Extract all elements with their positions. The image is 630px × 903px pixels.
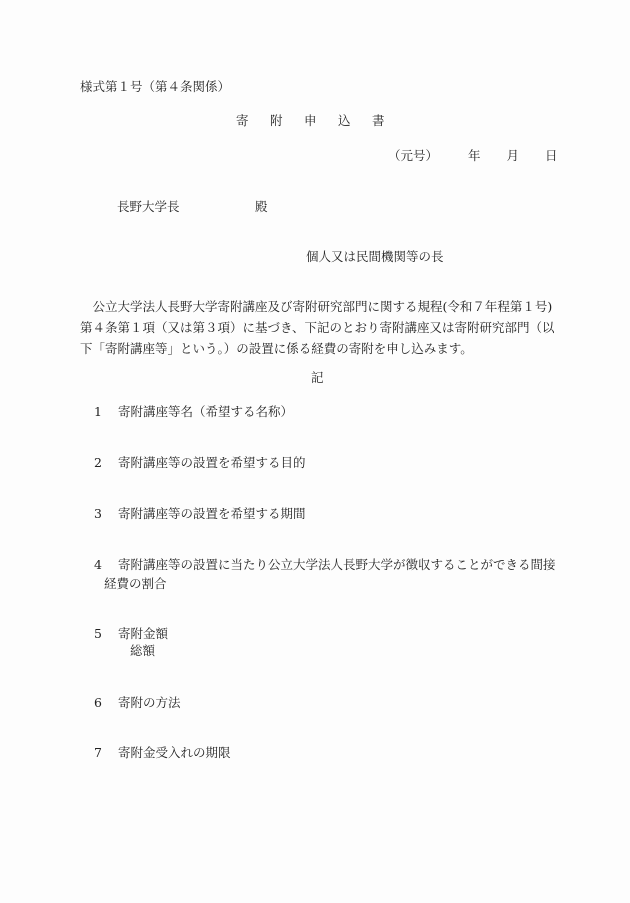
addressee-honorific: 殿 <box>255 199 268 215</box>
date-year: 年 <box>468 148 481 163</box>
addressee-name: 長野大学長 <box>117 199 180 215</box>
list-item: 6寄附の方法 <box>94 695 181 711</box>
list-item: 1寄附講座等名（希望する名称） <box>94 404 293 420</box>
document-title: 寄附申込書 <box>236 113 385 129</box>
list-item: 7寄附金受入れの期限 <box>94 745 231 761</box>
title-char: 書 <box>372 113 385 129</box>
list-item-sub: 総額 <box>130 643 155 659</box>
title-char: 附 <box>270 113 304 129</box>
date-month: 月 <box>507 148 520 163</box>
date-era: （元号） <box>388 148 438 163</box>
title-char: 込 <box>338 113 372 129</box>
body-line: 第４条第１項（又は第３項）に基づき、下記のとおり寄附講座又は寄附研究部門（以 <box>80 317 560 338</box>
body-line: 公立大学法人長野大学寄附講座及び寄附研究部門に関する規程(令和７年程第１号) <box>80 296 560 317</box>
body-paragraph: 公立大学法人長野大学寄附講座及び寄附研究部門に関する規程(令和７年程第１号) 第… <box>80 296 560 359</box>
date-line: （元号）年月日 <box>388 148 558 164</box>
list-item-continuation: 経費の割合 <box>104 576 167 592</box>
list-item: 5寄附金額 <box>94 626 168 642</box>
title-char: 申 <box>304 113 338 129</box>
list-item: 4寄附講座等の設置に当たり公立大学法人長野大学が徴収することができる間接 <box>94 557 556 573</box>
list-item: 3寄附講座等の設置を希望する期間 <box>94 506 306 522</box>
title-char: 寄 <box>236 113 270 129</box>
body-line: 下「寄附講座等」という。）の設置に係る経費の寄附を申し込みます。 <box>80 338 560 359</box>
ki-heading: 記 <box>311 370 324 386</box>
date-day: 日 <box>545 148 558 163</box>
applicant-label: 個人又は民間機関等の長 <box>306 249 444 265</box>
list-item: 2寄附講座等の設置を希望する目的 <box>94 455 306 471</box>
form-label: 様式第１号（第４条関係） <box>80 79 230 95</box>
